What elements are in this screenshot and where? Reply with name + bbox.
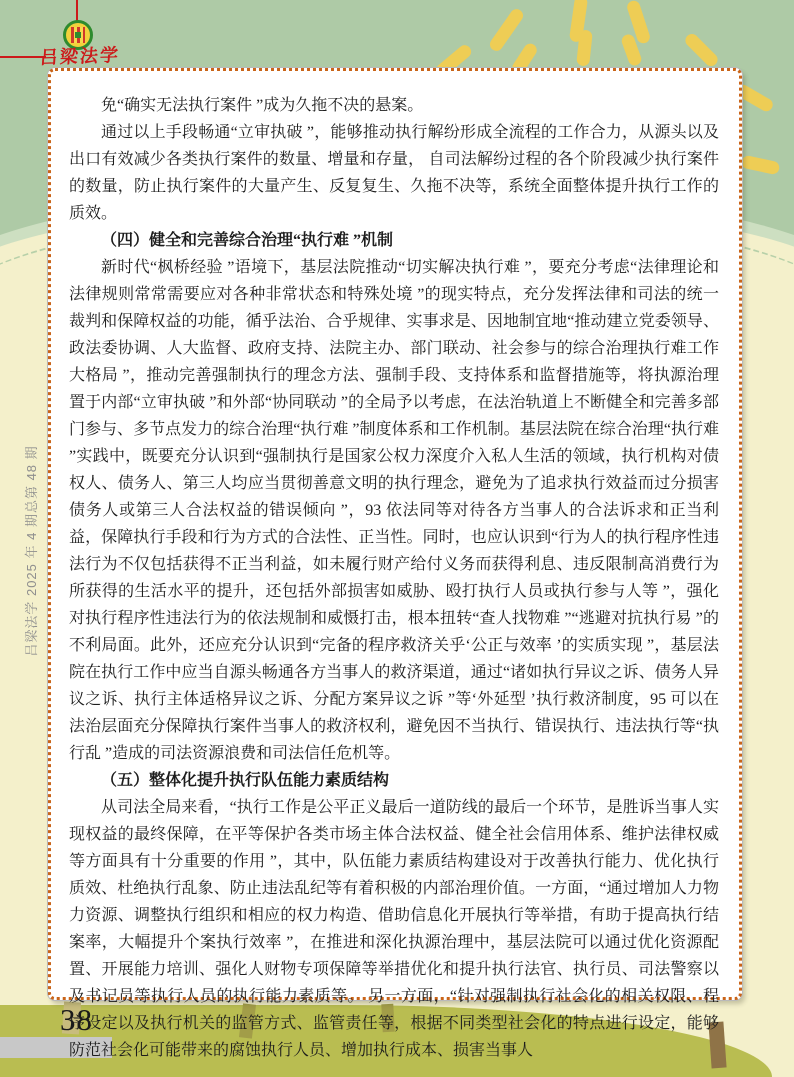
article-page: 免“确实无法执行案件 ”成为久拖不决的悬案。通过以上手段畅通“立审执破 ”，能够… [48,68,742,1000]
section-heading: （五）整体化提升执行队伍能力素质结构 [69,767,719,794]
body-paragraph: 免“确实无法执行案件 ”成为久拖不决的悬案。 [69,92,719,119]
body-paragraph: 新时代“枫桥经验 ”语境下，基层法院推动“切实解决执行难 ”，要充分考虑“法律理… [69,254,719,767]
emblem-core [75,32,81,38]
journal-issue-side-text: 吕梁法学 2025 年 4 期总第 48 期 [21,445,39,657]
logo-vertical-line [76,0,78,22]
body-paragraph: 通过以上手段畅通“立审执破 ”，能够推动执行解纷形成全流程的工作合力，从源头以及… [69,119,719,227]
journal-logo: 吕梁法学 [0,0,150,78]
article-body: 免“确实无法执行案件 ”成为久拖不决的悬案。通过以上手段畅通“立审执破 ”，能够… [51,71,739,1064]
section-heading: （四）健全和完善综合治理“执行难 ”机制 [69,227,719,254]
journal-logo-title: 吕梁法学 [39,40,141,70]
body-paragraph: 从司法全局来看，“执行工作是公平正义最后一道防线的最后一个环节，是胜诉当事人实现… [69,794,719,1064]
